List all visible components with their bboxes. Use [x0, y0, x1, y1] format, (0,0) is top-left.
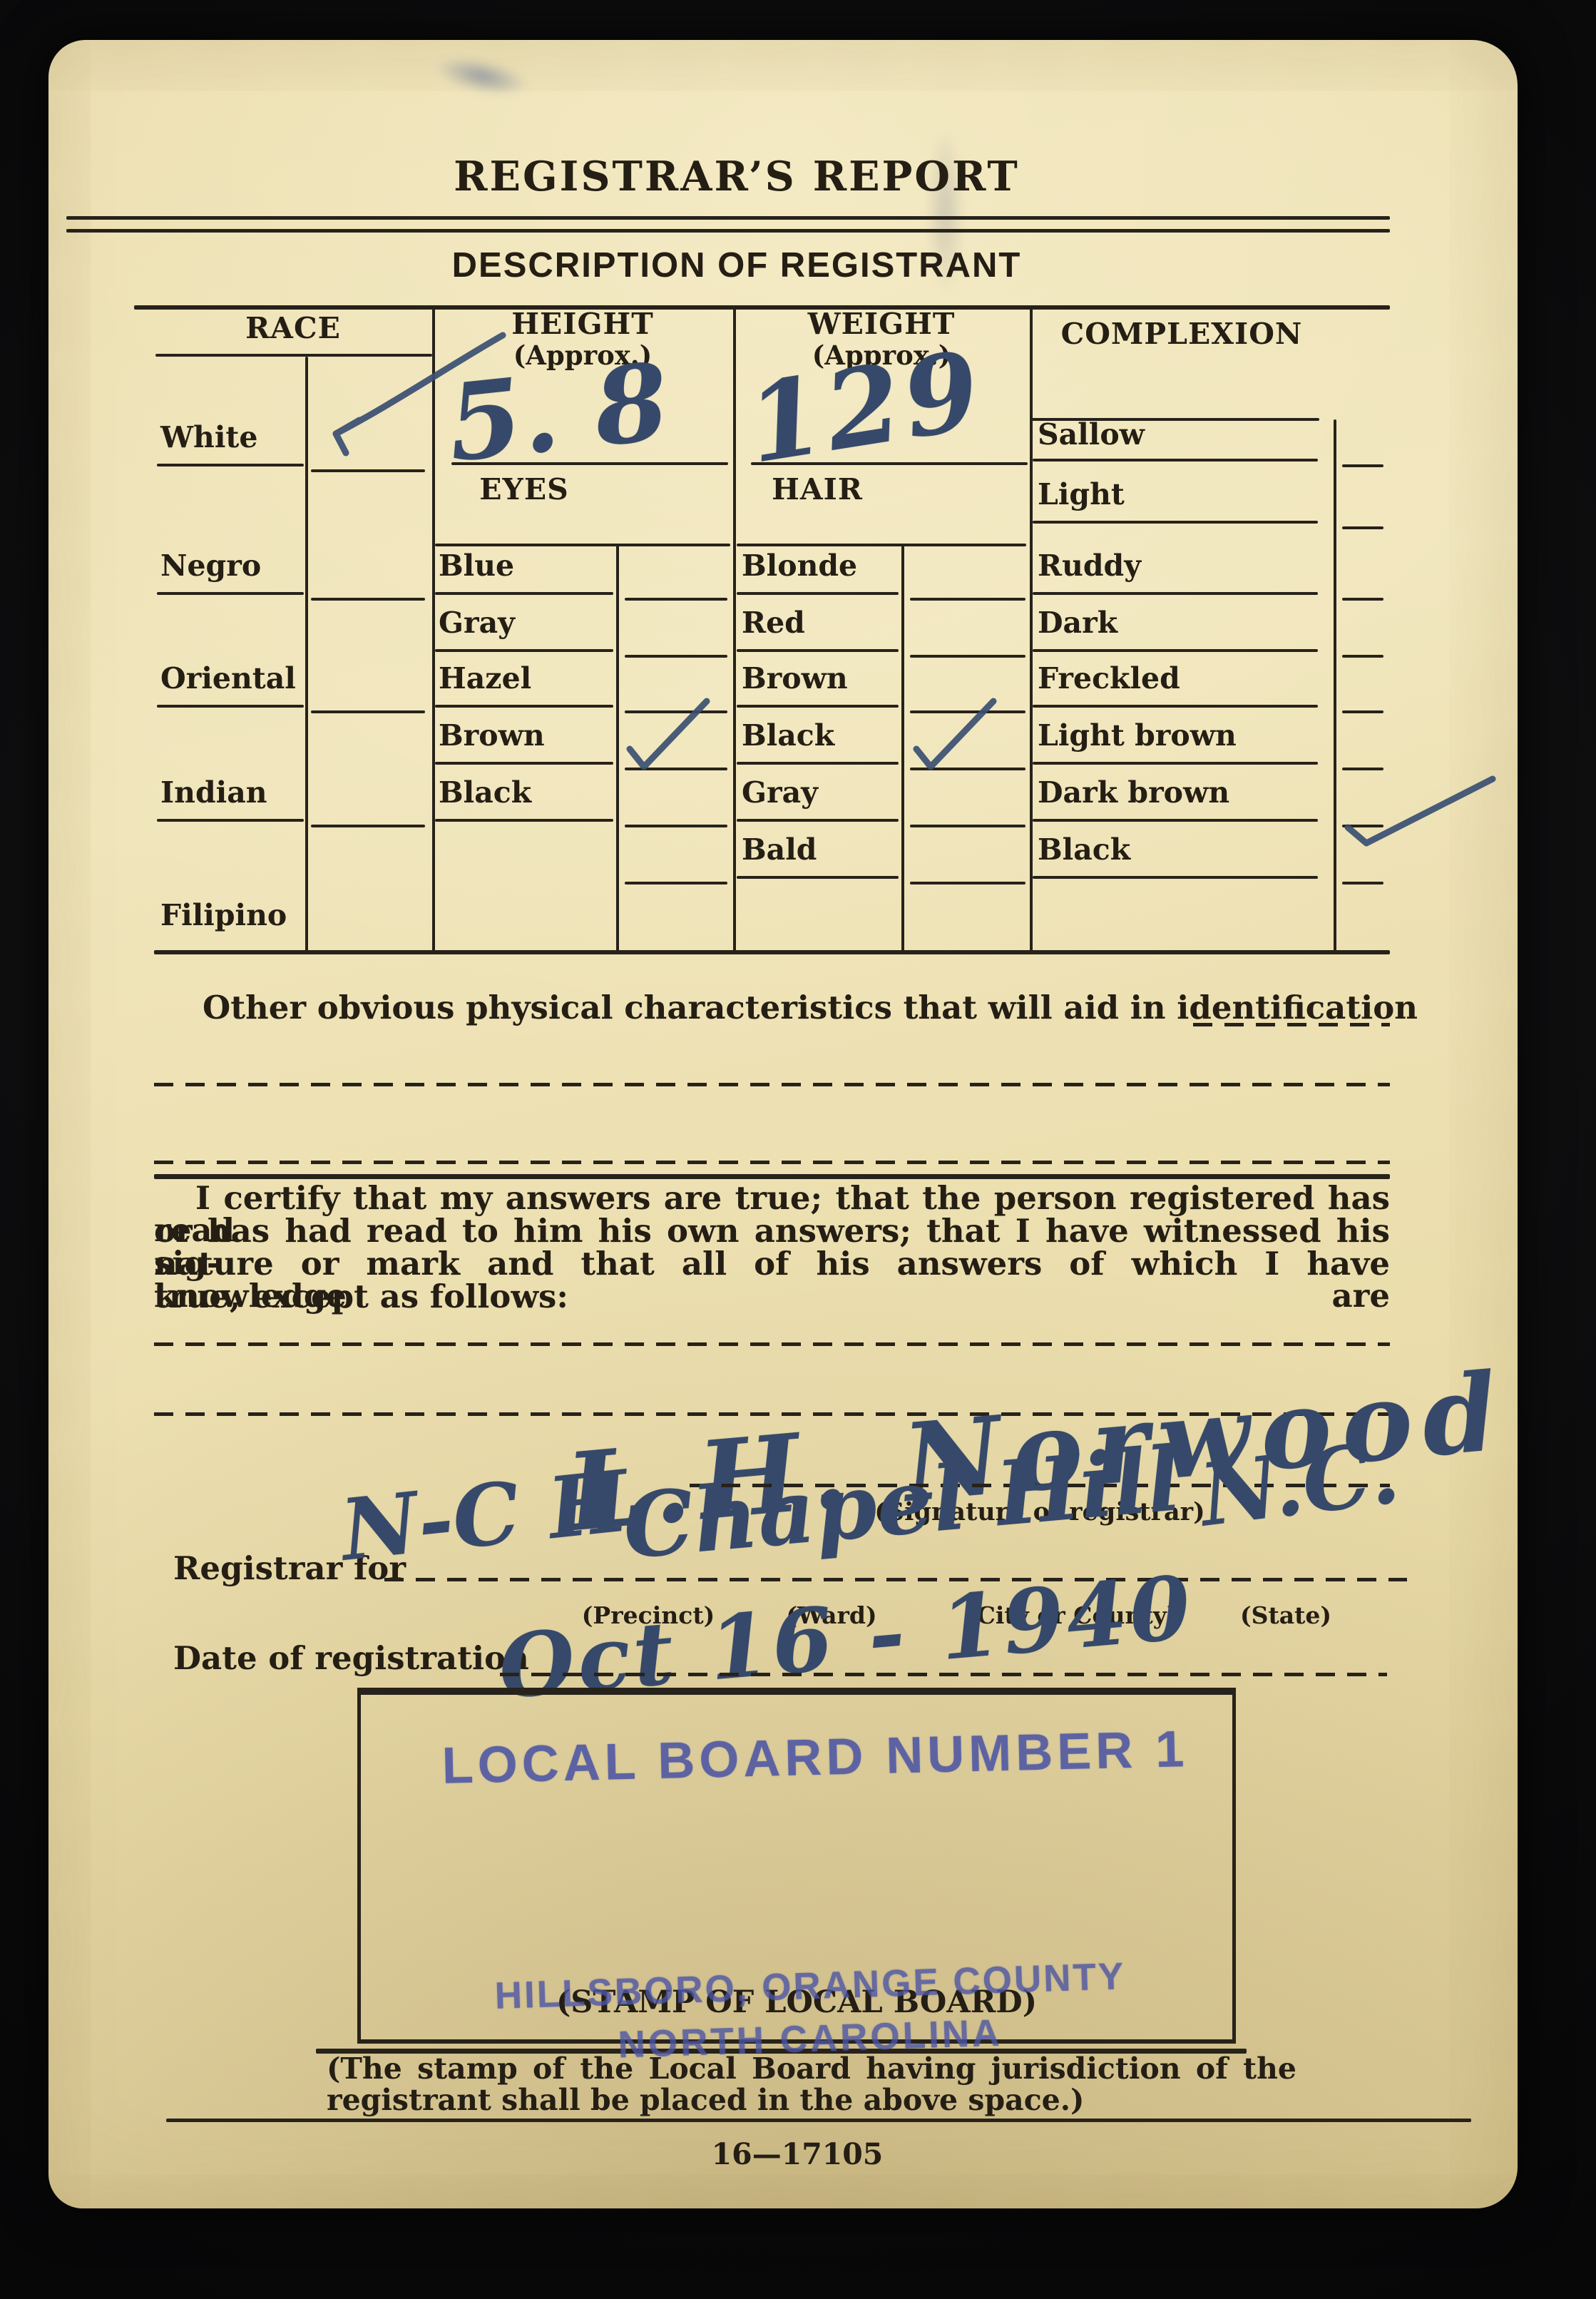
complexion-check-line: [1342, 825, 1383, 827]
eyes-option-blue: Blue: [439, 551, 514, 581]
complexion-check-line: [1342, 598, 1383, 601]
height-header: HEIGHT: [432, 310, 733, 339]
complexion-option-sallow: Sallow: [1038, 420, 1145, 449]
complexion-underline: [1033, 876, 1318, 879]
table-bottom-rule: [154, 950, 1390, 954]
complexion-header: COMPLEXION: [1030, 320, 1334, 349]
hair-option-black: Black: [742, 721, 834, 750]
complexion-underline: [1033, 819, 1318, 822]
complexion-option-light: Light: [1038, 480, 1125, 509]
complexion-check-line: [1342, 526, 1383, 529]
hair-option-brown: Brown: [742, 664, 848, 693]
height-value-underline: [451, 462, 728, 465]
race-option-white: White: [160, 423, 257, 452]
complexion-option-ruddy: Ruddy: [1038, 551, 1141, 581]
eyes-option-brown: Brown: [439, 721, 545, 750]
form-number: 16—17105: [227, 2140, 1368, 2169]
other-characteristics-label: Other obvious physical characteristics t…: [154, 992, 1390, 1024]
height-weight-divider: [733, 307, 736, 952]
weight-header: WEIGHT: [733, 310, 1030, 339]
race-check-line: [311, 598, 425, 601]
race-header: RACE: [154, 314, 432, 343]
double-rule-bottom: [66, 229, 1390, 233]
weight-value-underline: [751, 462, 1028, 465]
eyes-underline: [435, 762, 613, 765]
date-of-registration-label: Date of registration: [173, 1642, 529, 1674]
hair-check-line: [910, 710, 1025, 713]
eyes-check-line: [625, 655, 727, 658]
race-check-line: [311, 469, 425, 472]
hair-check-divider: [901, 544, 904, 952]
hair-underline: [737, 819, 899, 822]
weight-complexion-divider: [1030, 307, 1033, 952]
eyes-option-hazel: Hazel: [439, 664, 531, 693]
complexion-option-light-brown: Light brown: [1038, 721, 1237, 750]
hair-header-underline: [737, 544, 1026, 546]
hair-underline: [737, 649, 899, 652]
complexion-check-line: [1342, 710, 1383, 713]
double-rule-top: [66, 216, 1390, 220]
eyes-check-line: [625, 768, 727, 770]
eyes-header-underline: [435, 544, 730, 546]
hair-underline: [737, 876, 899, 879]
hair-option-red: Red: [742, 608, 805, 638]
complexion-check-divider: [1334, 419, 1336, 952]
race-header-underline: [155, 354, 432, 357]
eyes-check-line: [625, 825, 727, 827]
hair-option-blonde: Blonde: [742, 551, 857, 581]
complexion-option-freckled: Freckled: [1038, 664, 1180, 693]
complexion-option-dark-brown: Dark brown: [1038, 778, 1229, 807]
section-title: DESCRIPTION OF REGISTRANT: [66, 245, 1407, 285]
complexion-underline: [1033, 592, 1318, 595]
eyes-underline: [435, 819, 613, 822]
race-option-indian: Indian: [160, 778, 267, 807]
hair-option-bald: Bald: [742, 835, 817, 865]
eyes-check-divider: [616, 544, 619, 952]
ink-smudge: [431, 50, 533, 102]
blank-dashed-line: [154, 1083, 1390, 1086]
registrar-state-handwriting: N.C.: [1196, 1429, 1404, 1539]
race-underline: [157, 705, 304, 708]
fill-dashes: [1193, 1023, 1390, 1026]
race-option-filipino: Filipino: [160, 901, 287, 930]
section-heavy-rule: [154, 1174, 1390, 1179]
race-underline: [157, 592, 304, 595]
registrar-report-card: REGISTRAR’S REPORT DESCRIPTION OF REGIST…: [48, 40, 1518, 2208]
race-check-line: [311, 825, 425, 827]
card-content: REGISTRAR’S REPORT DESCRIPTION OF REGIST…: [66, 40, 1407, 2208]
complexion-underline: [1033, 705, 1318, 708]
state-caption: (State): [1214, 1604, 1357, 1627]
registrar-precinct-handwriting: N-C H: [337, 1459, 632, 1573]
race-option-negro: Negro: [160, 551, 261, 581]
complexion-underline: [1033, 649, 1318, 652]
hair-check-line: [910, 598, 1025, 601]
hair-underline: [737, 762, 899, 765]
date-dashed-line: [500, 1673, 1387, 1676]
hair-check-line: [910, 825, 1025, 827]
complexion-check-line: [1342, 464, 1383, 467]
page-title: REGISTRAR’S REPORT: [66, 153, 1407, 200]
hair-check-line: [910, 768, 1025, 770]
complexion-check-line: [1342, 655, 1383, 658]
dark-brown-complexion-checkmark-ink: [1348, 779, 1493, 843]
eyes-check-line: [625, 598, 727, 601]
blank-dashed-line: [154, 1342, 1390, 1346]
eyes-underline: [435, 592, 613, 595]
hair-check-line: [910, 882, 1025, 885]
eyes-underline: [435, 705, 613, 708]
blank-dashed-line: [154, 1161, 1390, 1164]
eyes-option-gray: Gray: [439, 608, 515, 638]
stamp-note-line: registrant shall be placed in the above …: [327, 2086, 1084, 2115]
eyes-check-line: [625, 710, 727, 713]
hair-underline: [737, 705, 899, 708]
complexion-option-dark: Dark: [1038, 608, 1117, 638]
hair-option-gray: Gray: [742, 778, 818, 807]
complexion-underline: [1033, 762, 1318, 765]
complexion-underline: [1033, 459, 1318, 462]
eyes-underline: [435, 649, 613, 652]
complexion-underline: [1033, 521, 1318, 524]
hair-check-line: [910, 655, 1025, 658]
race-height-divider: [432, 307, 435, 952]
eyes-check-line: [625, 882, 727, 885]
race-underline: [157, 464, 304, 467]
race-option-oriental: Oriental: [160, 664, 296, 693]
weight-value-handwriting: 129: [740, 336, 991, 479]
hair-underline: [737, 592, 899, 595]
height-value-handwriting: 5. 8: [443, 348, 673, 476]
complexion-option-black: Black: [1038, 835, 1130, 865]
complexion-check-line: [1342, 768, 1383, 770]
complexion-check-line: [1342, 882, 1383, 885]
eyes-option-black: Black: [439, 778, 531, 807]
certification-line: true, except as follows:: [154, 1280, 568, 1312]
race-underline: [157, 819, 304, 822]
race-check-divider: [305, 357, 308, 952]
negro-checkmark-ink: [336, 420, 359, 453]
footer-rule: [166, 2119, 1471, 2122]
race-check-line: [311, 710, 425, 713]
